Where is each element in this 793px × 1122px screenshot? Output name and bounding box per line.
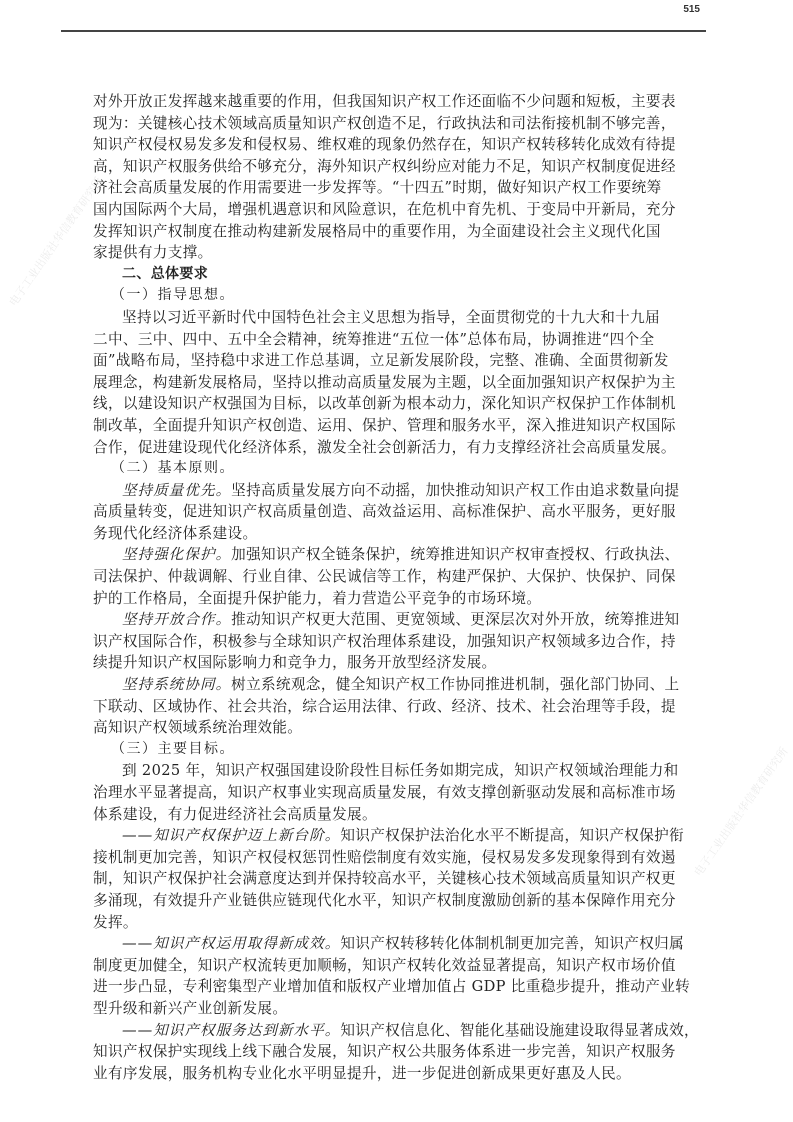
text-line: 多涌现，有效提升产业链供应链现代化水平，知识产权制度激励创新的基本保障作用充分 — [93, 890, 715, 912]
text-line: 知识产权侵权易发多发和侵权易、维权难的现象仍然存在，知识产权转移转化成效有待提 — [93, 134, 715, 156]
text-line: 高知识产权领域系统治理效能。 — [93, 717, 715, 739]
paragraph-intro-continued: 对外开放正发挥越来越重要的作用，但我国知识产权工作还面临不少问题和短板，主要表 … — [93, 91, 715, 264]
text-line: 知识产权保护法治化水平不断提高，知识产权保护衔 — [340, 827, 684, 844]
text-line: 现为：关键核心技术领域高质量知识产权创造不足，行政执法和司法衔接机制不够完善， — [93, 113, 715, 135]
text-line: 进一步凸显，专利密集型产业增加值和版权产业增加值占 GDP 比重稳步提升，推动产… — [93, 976, 715, 998]
text-line: 树立系统观念，健全知识产权工作协同推进机制，强化部门协同、上 — [231, 676, 679, 693]
paragraph-guiding-ideology: 坚持以习近平新时代中国特色社会主义思想为指导，全面贯彻党的十九大和十九届 二中、… — [93, 307, 715, 458]
text-line: 发挥。 — [93, 912, 715, 934]
subsection-heading-basic-principles: （二）基本原则。 — [93, 458, 715, 480]
goal-lead: ——知识产权运用取得新成效。 — [122, 935, 340, 952]
text-line: 业有序发展，服务机构专业化水平明显提升，进一步促进创新成果更好惠及人民。 — [93, 1063, 715, 1085]
principle-strengthen-protection: 坚持强化保护。加强知识产权全链条保护，统筹推进知识产权审查授权、行政执法、 司法… — [93, 544, 715, 609]
goal-lead: ——知识产权保护迈上新台阶。 — [122, 827, 340, 844]
principle-open-cooperation: 坚持开放合作。推动知识产权更大范围、更宽领域、更深层次对外开放，统筹推进知 识产… — [93, 609, 715, 674]
text-line: 续提升知识产权国际影响力和竞争力，服务开放型经济发展。 — [93, 652, 715, 674]
subsection-heading-guiding-ideology: （一）指导思想。 — [93, 285, 715, 307]
goal-protection: ——知识产权保护迈上新台阶。知识产权保护法治化水平不断提高，知识产权保护衔 接机… — [93, 825, 715, 933]
principle-lead: 坚持系统协同。 — [122, 676, 231, 693]
text-line: 高，知识产权服务供给不够充分，海外知识产权纠纷应对能力不足，知识产权制度促进经 — [93, 156, 715, 178]
goal-utilization: ——知识产权运用取得新成效。知识产权转移转化体制机制更加完善，知识产权归属 制度… — [93, 933, 715, 1019]
goal-services: ——知识产权服务达到新水平。知识产权信息化、智能化基础设施建设取得显著成效， 知… — [93, 1020, 715, 1085]
text-line: 务现代化经济体系建设。 — [93, 523, 715, 545]
subsection-heading-main-goals: （三）主要目标。 — [93, 739, 715, 761]
text-line: 知识产权转移转化体制机制更加完善，知识产权归属 — [340, 935, 684, 952]
document-body: 对外开放正发挥越来越重要的作用，但我国知识产权工作还面临不少问题和短板，主要表 … — [93, 91, 715, 1084]
text-line: 知识产权信息化、智能化基础设施建设取得显著成效， — [340, 1022, 699, 1039]
text-line: 合作，促进建设现代化经济体系，激发全社会创新活力，有力支撑经济社会高质量发展。 — [93, 437, 715, 459]
principle-system-coordination: 坚持系统协同。树立系统观念，健全知识产权工作协同推进机制，强化部门协同、上 下联… — [93, 674, 715, 739]
text-line: 制度更加健全，知识产权流转更加顺畅，知识产权转化效益显著提高，知识产权市场价值 — [93, 955, 715, 977]
watermark-left: 电子工业出版社华信教育研究所 — [5, 174, 106, 309]
text-line: 制改革，全面提升知识产权创造、运用、保护、管理和服务水平，深入推进知识产权国际 — [93, 415, 715, 437]
text-line: 体系建设，有力促进经济社会高质量发展。 — [93, 804, 715, 826]
text-line: 知识产权保护实现线上线下融合发展，知识产权公共服务体系进一步完善，知识产权服务 — [93, 1041, 715, 1063]
goal-lead: ——知识产权服务达到新水平。 — [122, 1022, 340, 1039]
text-line: 坚持以习近平新时代中国特色社会主义思想为指导，全面贯彻党的十九大和十九届 — [93, 307, 715, 329]
text-line: 家提供有力支撑。 — [93, 242, 715, 264]
text-line: 护的工作格局，全面提升保护能力，着力营造公平竞争的市场环境。 — [93, 588, 715, 610]
text-line: 型升级和新兴产业创新发展。 — [93, 998, 715, 1020]
paragraph-main-goals: 到 2025 年，知识产权强国建设阶段性目标任务如期完成，知识产权领域治理能力和… — [93, 760, 715, 825]
text-line: 识产权国际合作，积极参与全球知识产权治理体系建设，加强知识产权领域多边合作，持 — [93, 631, 715, 653]
text-line: 线，以建设知识产权强国为目标，以改革创新为根本动力，深化知识产权保护工作体制机 — [93, 393, 715, 415]
text-line: 国内国际两个大局，增强机遇意识和风险意识，在危机中育先机、于变局中开新局，充分 — [93, 199, 715, 221]
text-line: 加强知识产权全链条保护，统筹推进知识产权审查授权、行政执法、 — [231, 546, 679, 563]
text-line: 治理水平显著提高，知识产权事业实现高质量发展，有效支撑创新驱动发展和高标准市场 — [93, 782, 715, 804]
text-line: 济社会高质量发展的作用需要进一步发挥等。“十四五”时期，做好知识产权工作要统筹 — [93, 177, 715, 199]
text-line: 展理念，构建新发展格局，坚持以推动高质量发展为主题，以全面加强知识产权保护为主 — [93, 372, 715, 394]
principle-lead: 坚持开放合作。 — [122, 611, 231, 628]
text-line: 坚持高质量发展方向不动摇，加快推动知识产权工作由追求数量向提 — [231, 482, 679, 499]
text-line: 高质量转变，促进知识产权高质量创造、高效益运用、高标准保护、高水平服务，更好服 — [93, 501, 715, 523]
text-line: 面”战略布局，坚持稳中求进工作总基调，立足新发展阶段，完整、准确、全面贯彻新发 — [93, 350, 715, 372]
text-line: 发挥知识产权制度在推动构建新发展格局中的重要作用，为全面建设社会主义现代化国 — [93, 221, 715, 243]
header-rule — [61, 30, 706, 32]
text-line: 接机制更加完善，知识产权侵权惩罚性赔偿制度有效实施，侵权易发多发现象得到有效遏 — [93, 847, 715, 869]
page-number: 515 — [683, 4, 700, 15]
principle-quality-first: 坚持质量优先。坚持高质量发展方向不动摇，加快推动知识产权工作由追求数量向提 高质… — [93, 480, 715, 545]
text-line: 制，知识产权保护社会满意度达到并保持较高水平，关键核心技术领域高质量知识产权更 — [93, 868, 715, 890]
principle-lead: 坚持强化保护。 — [122, 546, 231, 563]
text-line: 对外开放正发挥越来越重要的作用，但我国知识产权工作还面临不少问题和短板，主要表 — [93, 91, 715, 113]
text-line: 下联动、区域协作、社会共治，综合运用法律、行政、经济、技术、社会治理等手段，提 — [93, 696, 715, 718]
text-line: 推动知识产权更大范围、更宽领域、更深层次对外开放，统筹推进知 — [231, 611, 679, 628]
principle-lead: 坚持质量优先。 — [122, 482, 231, 499]
section-heading-general-requirements: 二、总体要求 — [93, 264, 715, 286]
text-line: 司法保护、仲裁调解、行业自律、公民诚信等工作，构建严保护、大保护、快保护、同保 — [93, 566, 715, 588]
text-line: 二中、三中、四中、五中全会精神，统筹推进“五位一体”总体布局，协调推进“四个全 — [93, 329, 715, 351]
text-line: 到 2025 年，知识产权强国建设阶段性目标任务如期完成，知识产权领域治理能力和 — [93, 760, 715, 782]
